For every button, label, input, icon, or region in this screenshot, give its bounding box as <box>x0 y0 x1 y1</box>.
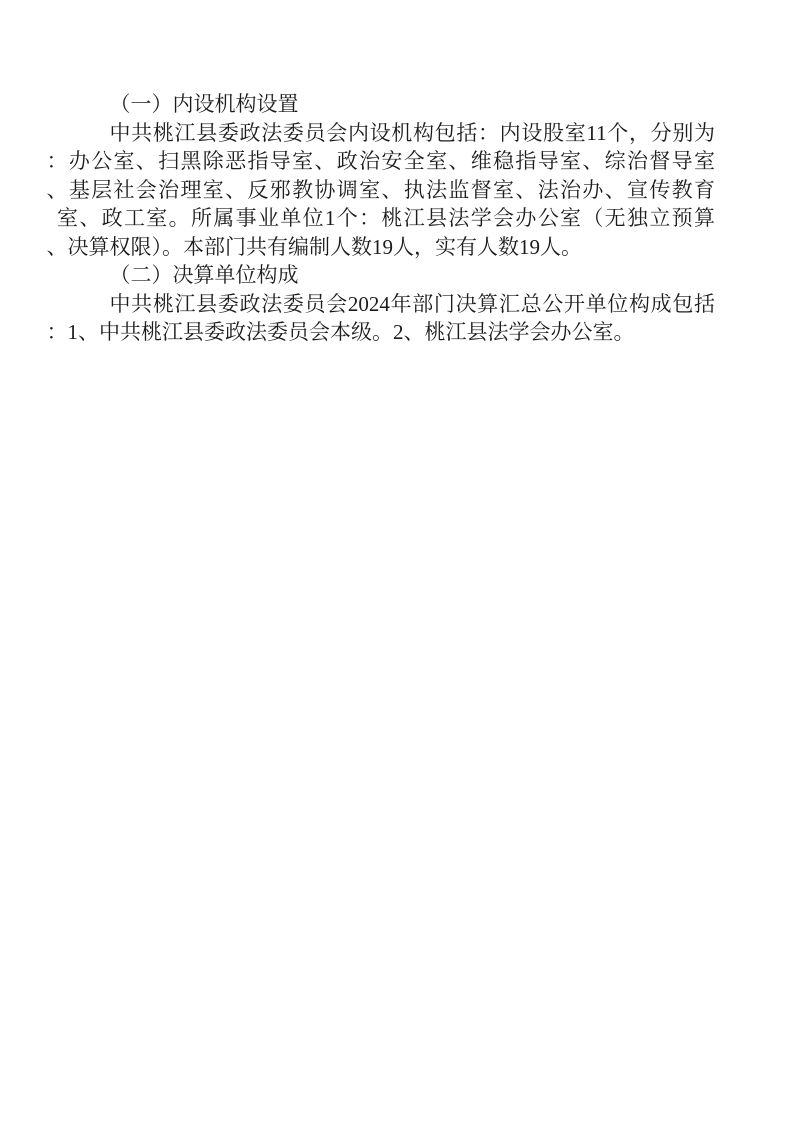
paragraph-line: 中共桃江县委政法委员会2024年部门决算汇总公开单位构成包括 <box>57 290 715 319</box>
paragraph-line: 中共桃江县委政法委员会内设机构包括：内设股室11个，分别为 <box>57 119 715 148</box>
paragraph-line: ：办公室、扫黑除恶指导室、政治安全室、维稳指导室、综治督导室 <box>57 147 715 176</box>
document-page: （一）内设机构设置中共桃江县委政法委员会内设机构包括：内设股室11个，分别为：办… <box>0 0 793 1122</box>
section-heading: （一）内设机构设置 <box>57 90 715 119</box>
paragraph-line: 室、政工室。所属事业单位1个：桃江县法学会办公室（无独立预算 <box>57 204 715 233</box>
paragraph-line: 、决算权限）。本部门共有编制人数19人，实有人数19人。 <box>57 233 715 262</box>
document-body: （一）内设机构设置中共桃江县委政法委员会内设机构包括：内设股室11个，分别为：办… <box>57 90 715 347</box>
paragraph-line: ：1、中共桃江县委政法委员会本级。2、桃江县法学会办公室。 <box>57 318 715 347</box>
paragraph-line: 、基层社会治理室、反邪教协调室、执法监督室、法治办、宣传教育 <box>57 176 715 205</box>
section-heading: （二）决算单位构成 <box>57 261 715 290</box>
